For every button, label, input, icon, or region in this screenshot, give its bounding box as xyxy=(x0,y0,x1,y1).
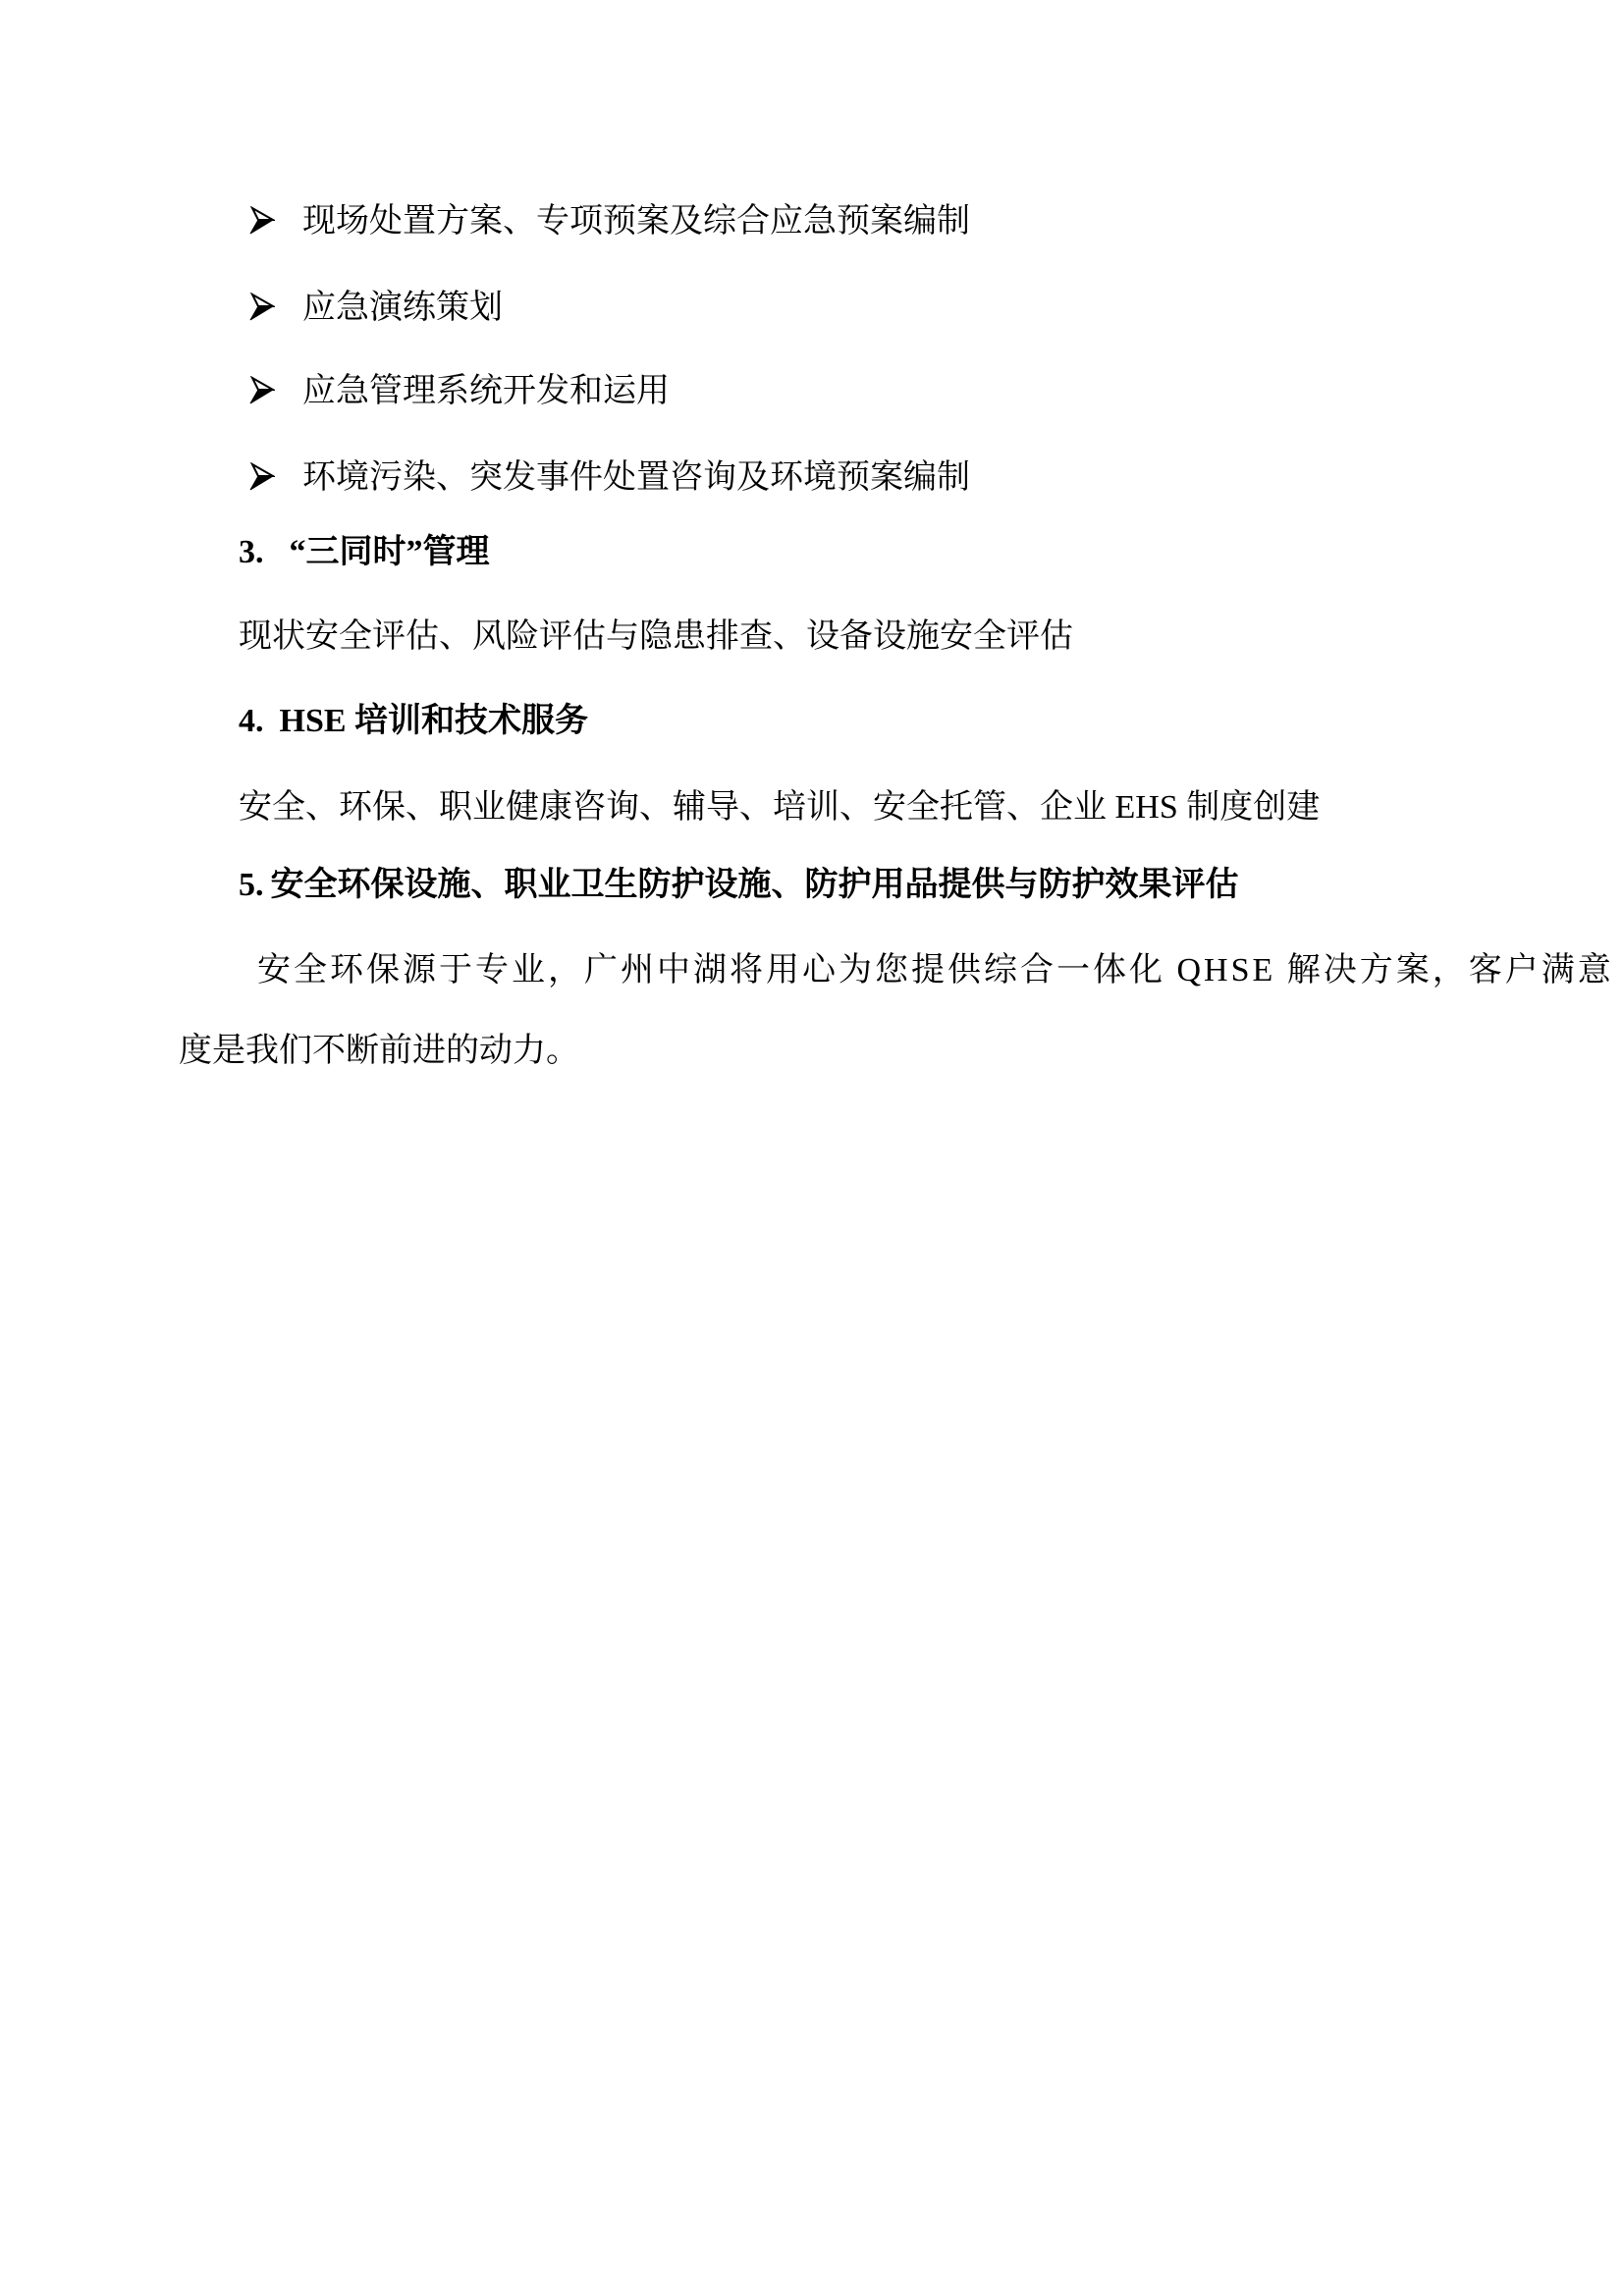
bullet-item: 应急管理系统开发和运用 xyxy=(249,372,670,411)
bullet-item: 环境污染、突发事件处置咨询及环境预案编制 xyxy=(249,458,970,498)
section-3-heading: 3.“三同时”管理 xyxy=(239,533,490,572)
arrow-bullet-icon xyxy=(249,462,275,492)
closing-paragraph-line-1: 安全环保源于专业，广州中湖将用心为您提供综合一体化 QHSE 解决方案，客户满意 xyxy=(257,951,1614,990)
section-4-body: 安全、环保、职业健康咨询、辅导、培训、安全托管、企业 EHS 制度创建 xyxy=(239,788,1320,828)
section-number: 4. xyxy=(239,703,264,739)
bullet-item-text: 应急演练策划 xyxy=(302,290,503,326)
section-5-heading: 5.安全环保设施、职业卫生防护设施、防护用品提供与防护效果评估 xyxy=(239,866,1239,905)
bullet-item-text: 应急管理系统开发和运用 xyxy=(302,373,670,409)
closing-paragraph-line-2: 度是我们不断前进的动力。 xyxy=(179,1032,579,1071)
section-title: “三同时”管理 xyxy=(290,534,490,570)
bullet-item-text: 环境污染、突发事件处置咨询及环境预案编制 xyxy=(302,459,970,496)
section-number: 5. xyxy=(239,867,264,903)
bullet-item: 现场处置方案、专项预案及综合应急预案编制 xyxy=(249,202,970,241)
section-4-heading: 4.HSE 培训和技术服务 xyxy=(239,702,588,741)
section-title: 安全环保设施、职业卫生防护设施、防护用品提供与防护效果评估 xyxy=(271,867,1239,903)
section-number: 3. xyxy=(239,534,264,570)
section-3-body: 现状安全评估、风险评估与隐患排查、设备设施安全评估 xyxy=(239,617,1073,657)
bullet-item: 应急演练策划 xyxy=(249,289,503,328)
document-page: 现场处置方案、专项预案及综合应急预案编制 应急演练策划 应急管理系统开发和运用 … xyxy=(0,0,1624,2296)
bullet-item-text: 现场处置方案、专项预案及综合应急预案编制 xyxy=(302,203,970,240)
arrow-bullet-icon xyxy=(249,206,275,236)
arrow-bullet-icon xyxy=(249,376,275,405)
section-title: HSE 培训和技术服务 xyxy=(280,703,589,739)
arrow-bullet-icon xyxy=(249,293,275,322)
